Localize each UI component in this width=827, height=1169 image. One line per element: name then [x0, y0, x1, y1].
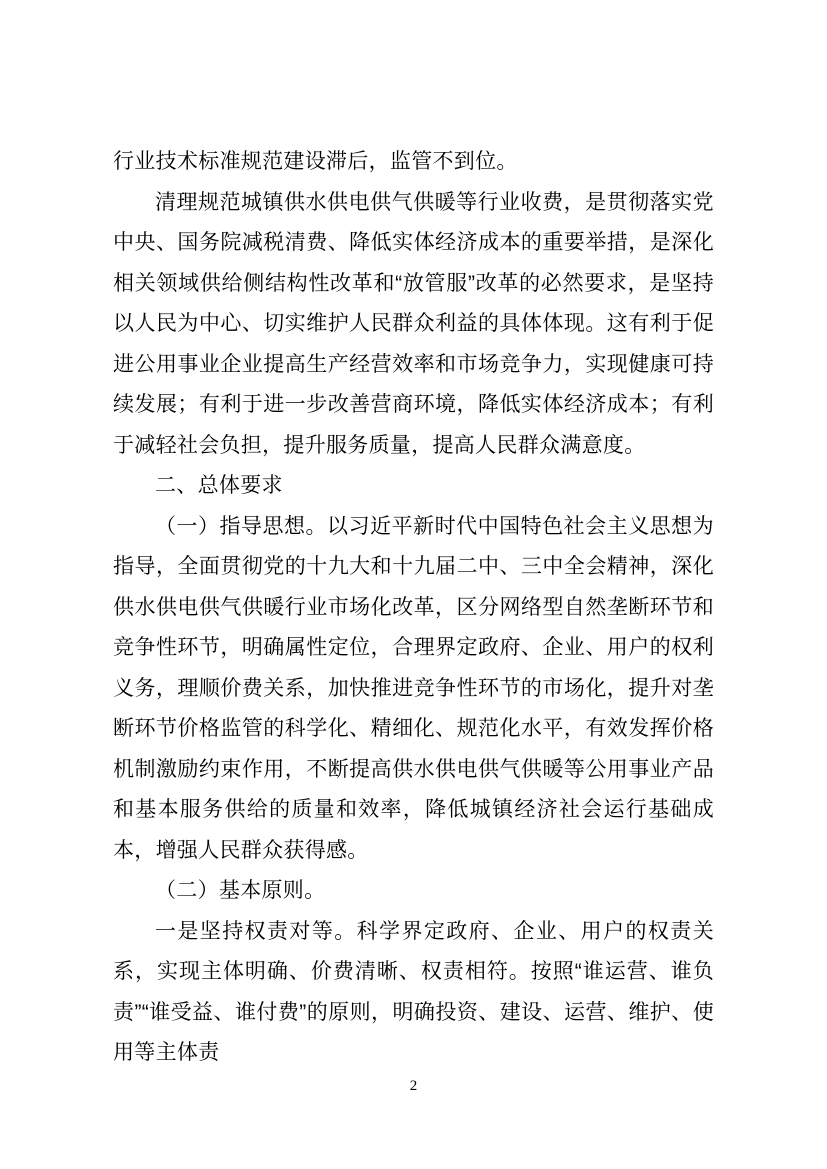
page-number: 2 — [0, 1078, 827, 1095]
paragraph: 一是坚持权责对等。科学界定政府、企业、用户的权责关系，实现主体明确、价费清晰、权… — [113, 912, 714, 1074]
document-body: 行业技术标准规范建设滞后，监管不到位。清理规范城镇供水供电供气供暖等行业收费，是… — [113, 142, 714, 1074]
paragraph: （一）指导思想。以习近平新时代中国特色社会主义思想为指导，全面贯彻党的十九大和十… — [113, 507, 714, 872]
paragraph: 二、总体要求 — [113, 466, 714, 507]
paragraph: 行业技术标准规范建设滞后，监管不到位。 — [113, 142, 714, 183]
document-page: 行业技术标准规范建设滞后，监管不到位。清理规范城镇供水供电供气供暖等行业收费，是… — [0, 0, 827, 1169]
paragraph: 清理规范城镇供水供电供气供暖等行业收费，是贯彻落实党中央、国务院减税清费、降低实… — [113, 183, 714, 467]
paragraph: （二）基本原则。 — [113, 871, 714, 912]
